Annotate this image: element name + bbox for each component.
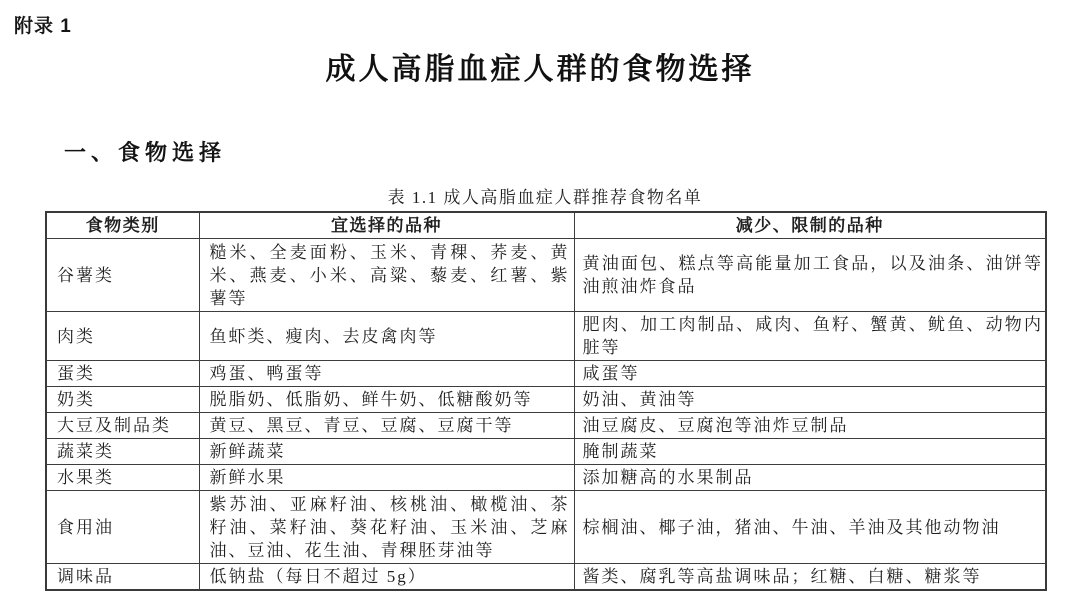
cell-food-category: 蔬菜类 <box>46 439 199 465</box>
table-row: 蛋类鸡蛋、鸭蛋等咸蛋等 <box>46 361 1046 387</box>
cell-food-category: 食用油 <box>46 491 199 564</box>
table-row: 调味品低钠盐（每日不超过 5g）酱类、腐乳等高盐调味品；红糖、白糖、糖浆等 <box>46 564 1046 591</box>
cell-food-category: 大豆及制品类 <box>46 413 199 439</box>
cell-recommended-items: 新鲜水果 <box>199 465 574 491</box>
cell-restricted-items: 酱类、腐乳等高盐调味品；红糖、白糖、糖浆等 <box>574 564 1046 591</box>
cell-food-category: 奶类 <box>46 387 199 413</box>
food-selection-table: 食物类别 宜选择的品种 减少、限制的品种 谷薯类糙米、全麦面粉、玉米、青稞、荞麦… <box>45 211 1047 591</box>
cell-restricted-items: 添加糖高的水果制品 <box>574 465 1046 491</box>
cell-restricted-items: 奶油、黄油等 <box>574 387 1046 413</box>
column-header-restricted: 减少、限制的品种 <box>574 212 1046 239</box>
cell-food-category: 调味品 <box>46 564 199 591</box>
table-row: 奶类脱脂奶、低脂奶、鲜牛奶、低糖酸奶等奶油、黄油等 <box>46 387 1046 413</box>
column-header-food-category: 食物类别 <box>46 212 199 239</box>
cell-food-category: 肉类 <box>46 312 199 361</box>
appendix-label: 附录 1 <box>14 11 72 38</box>
table-row: 蔬菜类新鲜蔬菜腌制蔬菜 <box>46 439 1046 465</box>
table-row: 谷薯类糙米、全麦面粉、玉米、青稞、荞麦、黄米、燕麦、小米、高粱、藜麦、红薯、紫薯… <box>46 239 1046 312</box>
document-page: 附录 1 成人高脂血症人群的食物选择 一、食物选择 表 1.1 成人高脂血症人群… <box>0 0 1080 594</box>
document-title: 成人高脂血症人群的食物选择 <box>0 44 1080 88</box>
cell-restricted-items: 黄油面包、糕点等高能量加工食品，以及油条、油饼等油煎油炸食品 <box>574 239 1046 312</box>
cell-restricted-items: 油豆腐皮、豆腐泡等油炸豆制品 <box>574 413 1046 439</box>
cell-recommended-items: 黄豆、黑豆、青豆、豆腐、豆腐干等 <box>199 413 574 439</box>
table-header-row: 食物类别 宜选择的品种 减少、限制的品种 <box>46 212 1046 239</box>
cell-food-category: 蛋类 <box>46 361 199 387</box>
column-header-recommended: 宜选择的品种 <box>199 212 574 239</box>
cell-restricted-items: 棕榈油、椰子油，猪油、牛油、羊油及其他动物油 <box>574 491 1046 564</box>
cell-recommended-items: 鸡蛋、鸭蛋等 <box>199 361 574 387</box>
cell-recommended-items: 新鲜蔬菜 <box>199 439 574 465</box>
cell-restricted-items: 肥肉、加工肉制品、咸肉、鱼籽、蟹黄、鱿鱼、动物内脏等 <box>574 312 1046 361</box>
table-caption: 表 1.1 成人高脂血症人群推荐食物名单 <box>45 183 1045 208</box>
table-row: 大豆及制品类黄豆、黑豆、青豆、豆腐、豆腐干等油豆腐皮、豆腐泡等油炸豆制品 <box>46 413 1046 439</box>
section-heading: 一、食物选择 <box>64 136 226 167</box>
table-row: 肉类鱼虾类、瘦肉、去皮禽肉等肥肉、加工肉制品、咸肉、鱼籽、蟹黄、鱿鱼、动物内脏等 <box>46 312 1046 361</box>
cell-recommended-items: 低钠盐（每日不超过 5g） <box>199 564 574 591</box>
cell-recommended-items: 鱼虾类、瘦肉、去皮禽肉等 <box>199 312 574 361</box>
cell-restricted-items: 咸蛋等 <box>574 361 1046 387</box>
cell-food-category: 水果类 <box>46 465 199 491</box>
table-row: 水果类新鲜水果添加糖高的水果制品 <box>46 465 1046 491</box>
cell-restricted-items: 腌制蔬菜 <box>574 439 1046 465</box>
cell-recommended-items: 紫苏油、亚麻籽油、核桃油、橄榄油、茶籽油、菜籽油、葵花籽油、玉米油、芝麻油、豆油… <box>199 491 574 564</box>
cell-food-category: 谷薯类 <box>46 239 199 312</box>
cell-recommended-items: 脱脂奶、低脂奶、鲜牛奶、低糖酸奶等 <box>199 387 574 413</box>
cell-recommended-items: 糙米、全麦面粉、玉米、青稞、荞麦、黄米、燕麦、小米、高粱、藜麦、红薯、紫薯等 <box>199 239 574 312</box>
table-row: 食用油紫苏油、亚麻籽油、核桃油、橄榄油、茶籽油、菜籽油、葵花籽油、玉米油、芝麻油… <box>46 491 1046 564</box>
